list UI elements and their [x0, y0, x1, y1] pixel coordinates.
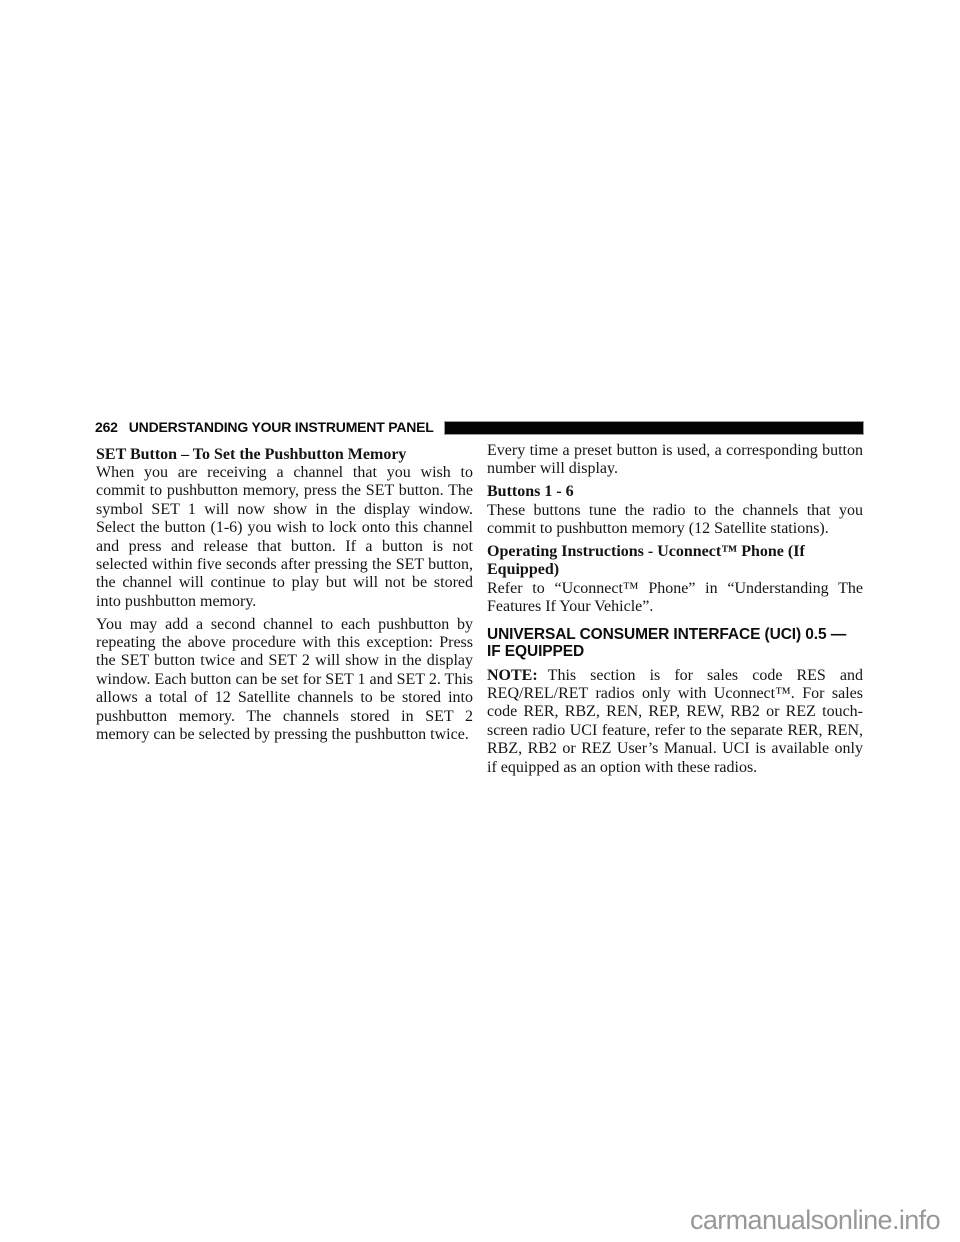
buttons-1-6-paragraph: These buttons tune the radio to the chan…: [487, 502, 863, 539]
note-label: NOTE:: [487, 667, 538, 684]
uci-section-heading-line2: IF EQUIPPED: [487, 643, 863, 661]
running-header: 262 UNDERSTANDING YOUR INSTRUMENT PANEL: [95, 419, 864, 435]
uci-section-heading-line1: UNIVERSAL CONSUMER INTERFACE (UCI) 0.5 —: [487, 626, 863, 644]
watermark: carmanualsonline.info: [690, 1205, 940, 1236]
uci-note-paragraph: NOTE:This section is for sales code RES …: [487, 667, 863, 777]
operating-instructions-paragraph: Refer to “Uconnect™ Phone” in “Understan…: [487, 580, 863, 617]
header-rule-bar: [444, 421, 864, 435]
operating-instructions-heading: Operating Instructions - Uconnect™ Phone…: [487, 543, 863, 580]
left-column: SET Button – To Set the Pushbutton Memor…: [96, 442, 473, 749]
running-title: UNDERSTANDING YOUR INSTRUMENT PANEL: [129, 419, 434, 435]
buttons-1-6-heading: Buttons 1 - 6: [487, 483, 863, 501]
right-column: Every time a preset button is used, a co…: [487, 442, 863, 782]
set-button-heading: SET Button – To Set the Pushbutton Memor…: [96, 446, 473, 464]
set-button-paragraph-1: When you are receiving a channel that yo…: [96, 464, 473, 611]
preset-display-paragraph: Every time a preset button is used, a co…: [487, 442, 863, 479]
set-button-paragraph-2: You may add a second channel to each pus…: [96, 616, 473, 745]
page-number: 262: [95, 419, 118, 435]
note-text: This section is for sales code RES and R…: [487, 667, 863, 776]
uci-section-heading: UNIVERSAL CONSUMER INTERFACE (UCI) 0.5 —…: [487, 626, 863, 661]
